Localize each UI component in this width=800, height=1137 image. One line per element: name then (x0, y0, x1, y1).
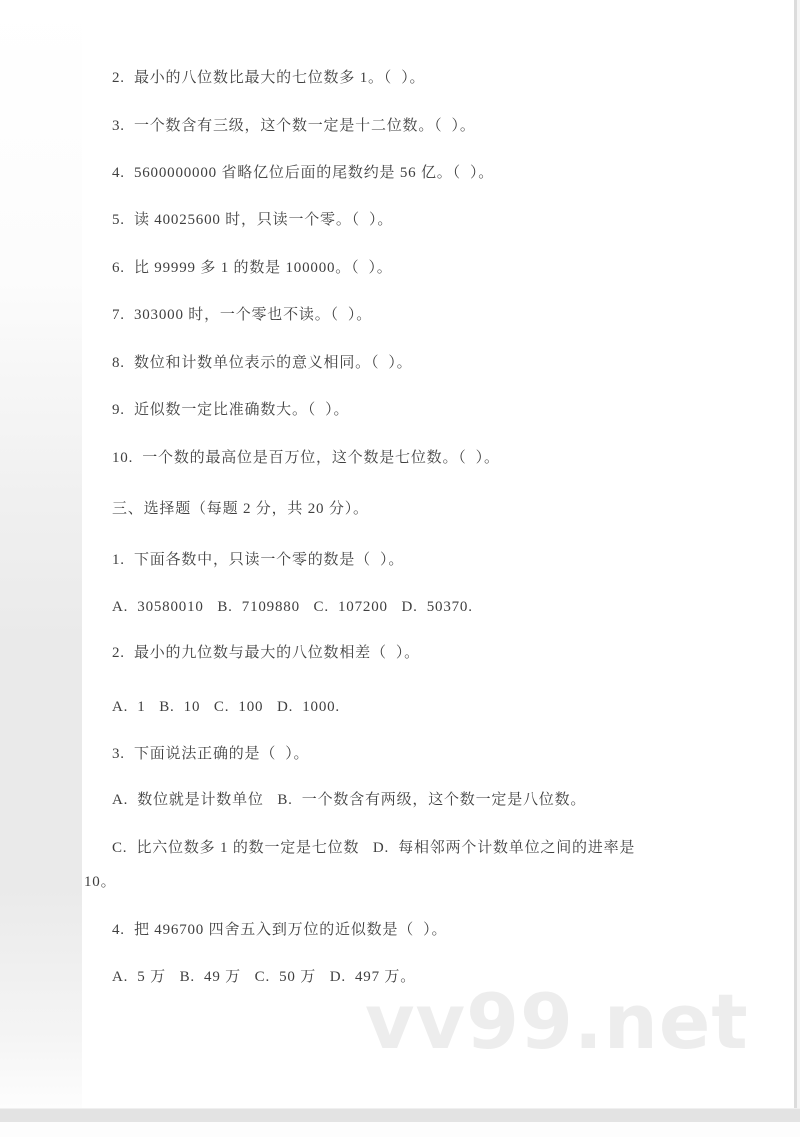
document-line: A. 数位就是计数单位 B. 一个数含有两级，这个数一定是八位数。 (84, 790, 586, 810)
document-line: C. 比六位数多 1 的数一定是七位数 D. 每相邻两个计数单位之间的进率是 (84, 838, 635, 858)
document-line: 3. 下面说法正确的是（ ）。 (84, 744, 309, 764)
document-line: 4. 5600000000 省略亿位后面的尾数约是 56 亿。（ ）。 (84, 163, 494, 183)
next-page-top (0, 1122, 800, 1137)
document-line: A. 5 万 B. 49 万 C. 50 万 D. 497 万。 (84, 967, 416, 987)
document-line: 8. 数位和计数单位表示的意义相同。（ ）。 (84, 353, 412, 373)
document-line: 三、选择题（每题 2 分，共 20 分）。 (84, 499, 369, 519)
document-line: 5. 读 40025600 时，只读一个零。（ ）。 (84, 210, 393, 230)
document-viewer: vv99.net 2. 最小的八位数比最大的七位数多 1。（ ）。3. 一个数含… (0, 0, 800, 1137)
document-line: 6. 比 99999 多 1 的数是 100000。（ ）。 (84, 258, 393, 278)
document-line: 3. 一个数含有三级，这个数一定是十二位数。（ ）。 (84, 116, 476, 136)
document-line: 2. 最小的八位数比最大的七位数多 1。（ ）。 (84, 68, 425, 88)
document-line: 10。 (84, 872, 116, 892)
page-break-band (0, 1108, 800, 1122)
document-page: vv99.net 2. 最小的八位数比最大的七位数多 1。（ ）。3. 一个数含… (82, 0, 794, 1108)
document-line: A. 30580010 B. 7109880 C. 107200 D. 5037… (84, 597, 473, 617)
document-line: 2. 最小的九位数与最大的八位数相差（ ）。 (84, 643, 420, 663)
document-text-layer: 2. 最小的八位数比最大的七位数多 1。（ ）。3. 一个数含有三级，这个数一定… (84, 0, 774, 1108)
document-line: A. 1 B. 10 C. 100 D. 1000. (84, 697, 340, 717)
document-line: 10. 一个数的最高位是百万位，这个数是七位数。（ ）。 (84, 448, 500, 468)
document-line: 1. 下面各数中，只读一个零的数是（ ）。 (84, 550, 404, 570)
document-line: 9. 近似数一定比准确数大。（ ）。 (84, 400, 349, 420)
document-line: 7. 303000 时，一个零也不读。（ ）。 (84, 305, 372, 325)
document-line: 4. 把 496700 四舍五入到万位的近似数是（ ）。 (84, 920, 447, 940)
page-left-margin (0, 0, 84, 1108)
